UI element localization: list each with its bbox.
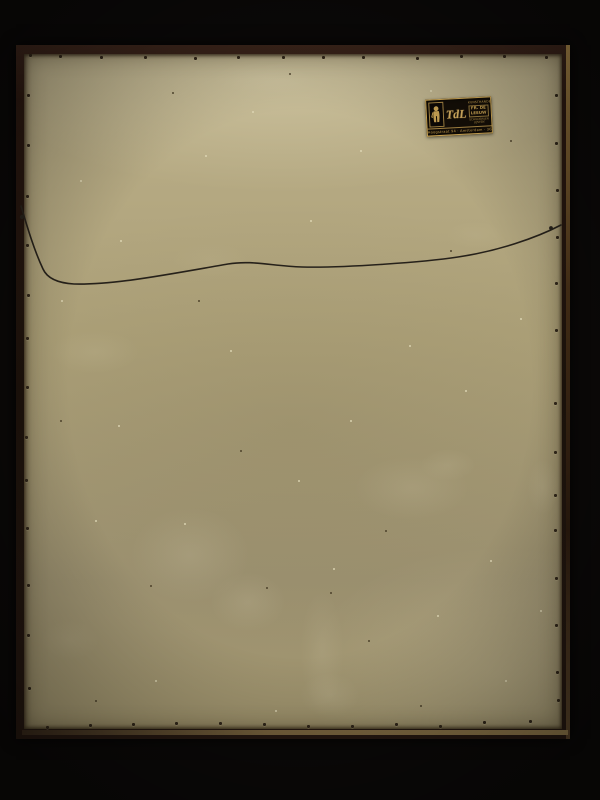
gallery-label: TdL KUNSTHANDEL FR. DE LEEUW SCHILDERIJE…	[425, 96, 493, 136]
frame-gilt-edge	[566, 45, 570, 739]
label-line4: LIJSTEN	[469, 120, 489, 124]
photo-backdrop: TdL KUNSTHANDEL FR. DE LEEUW SCHILDERIJE…	[0, 0, 600, 800]
label-main-row: TdL KUNSTHANDEL FR. DE LEEUW SCHILDERIJE…	[426, 97, 491, 128]
figure-emblem-icon	[428, 102, 444, 128]
label-monogram: TdL	[446, 107, 467, 120]
label-name-block: KUNSTHANDEL FR. DE LEEUW SCHILDERIJEN LI…	[468, 100, 490, 124]
backing-board	[24, 54, 562, 729]
frame-bottom-edge	[22, 730, 568, 735]
